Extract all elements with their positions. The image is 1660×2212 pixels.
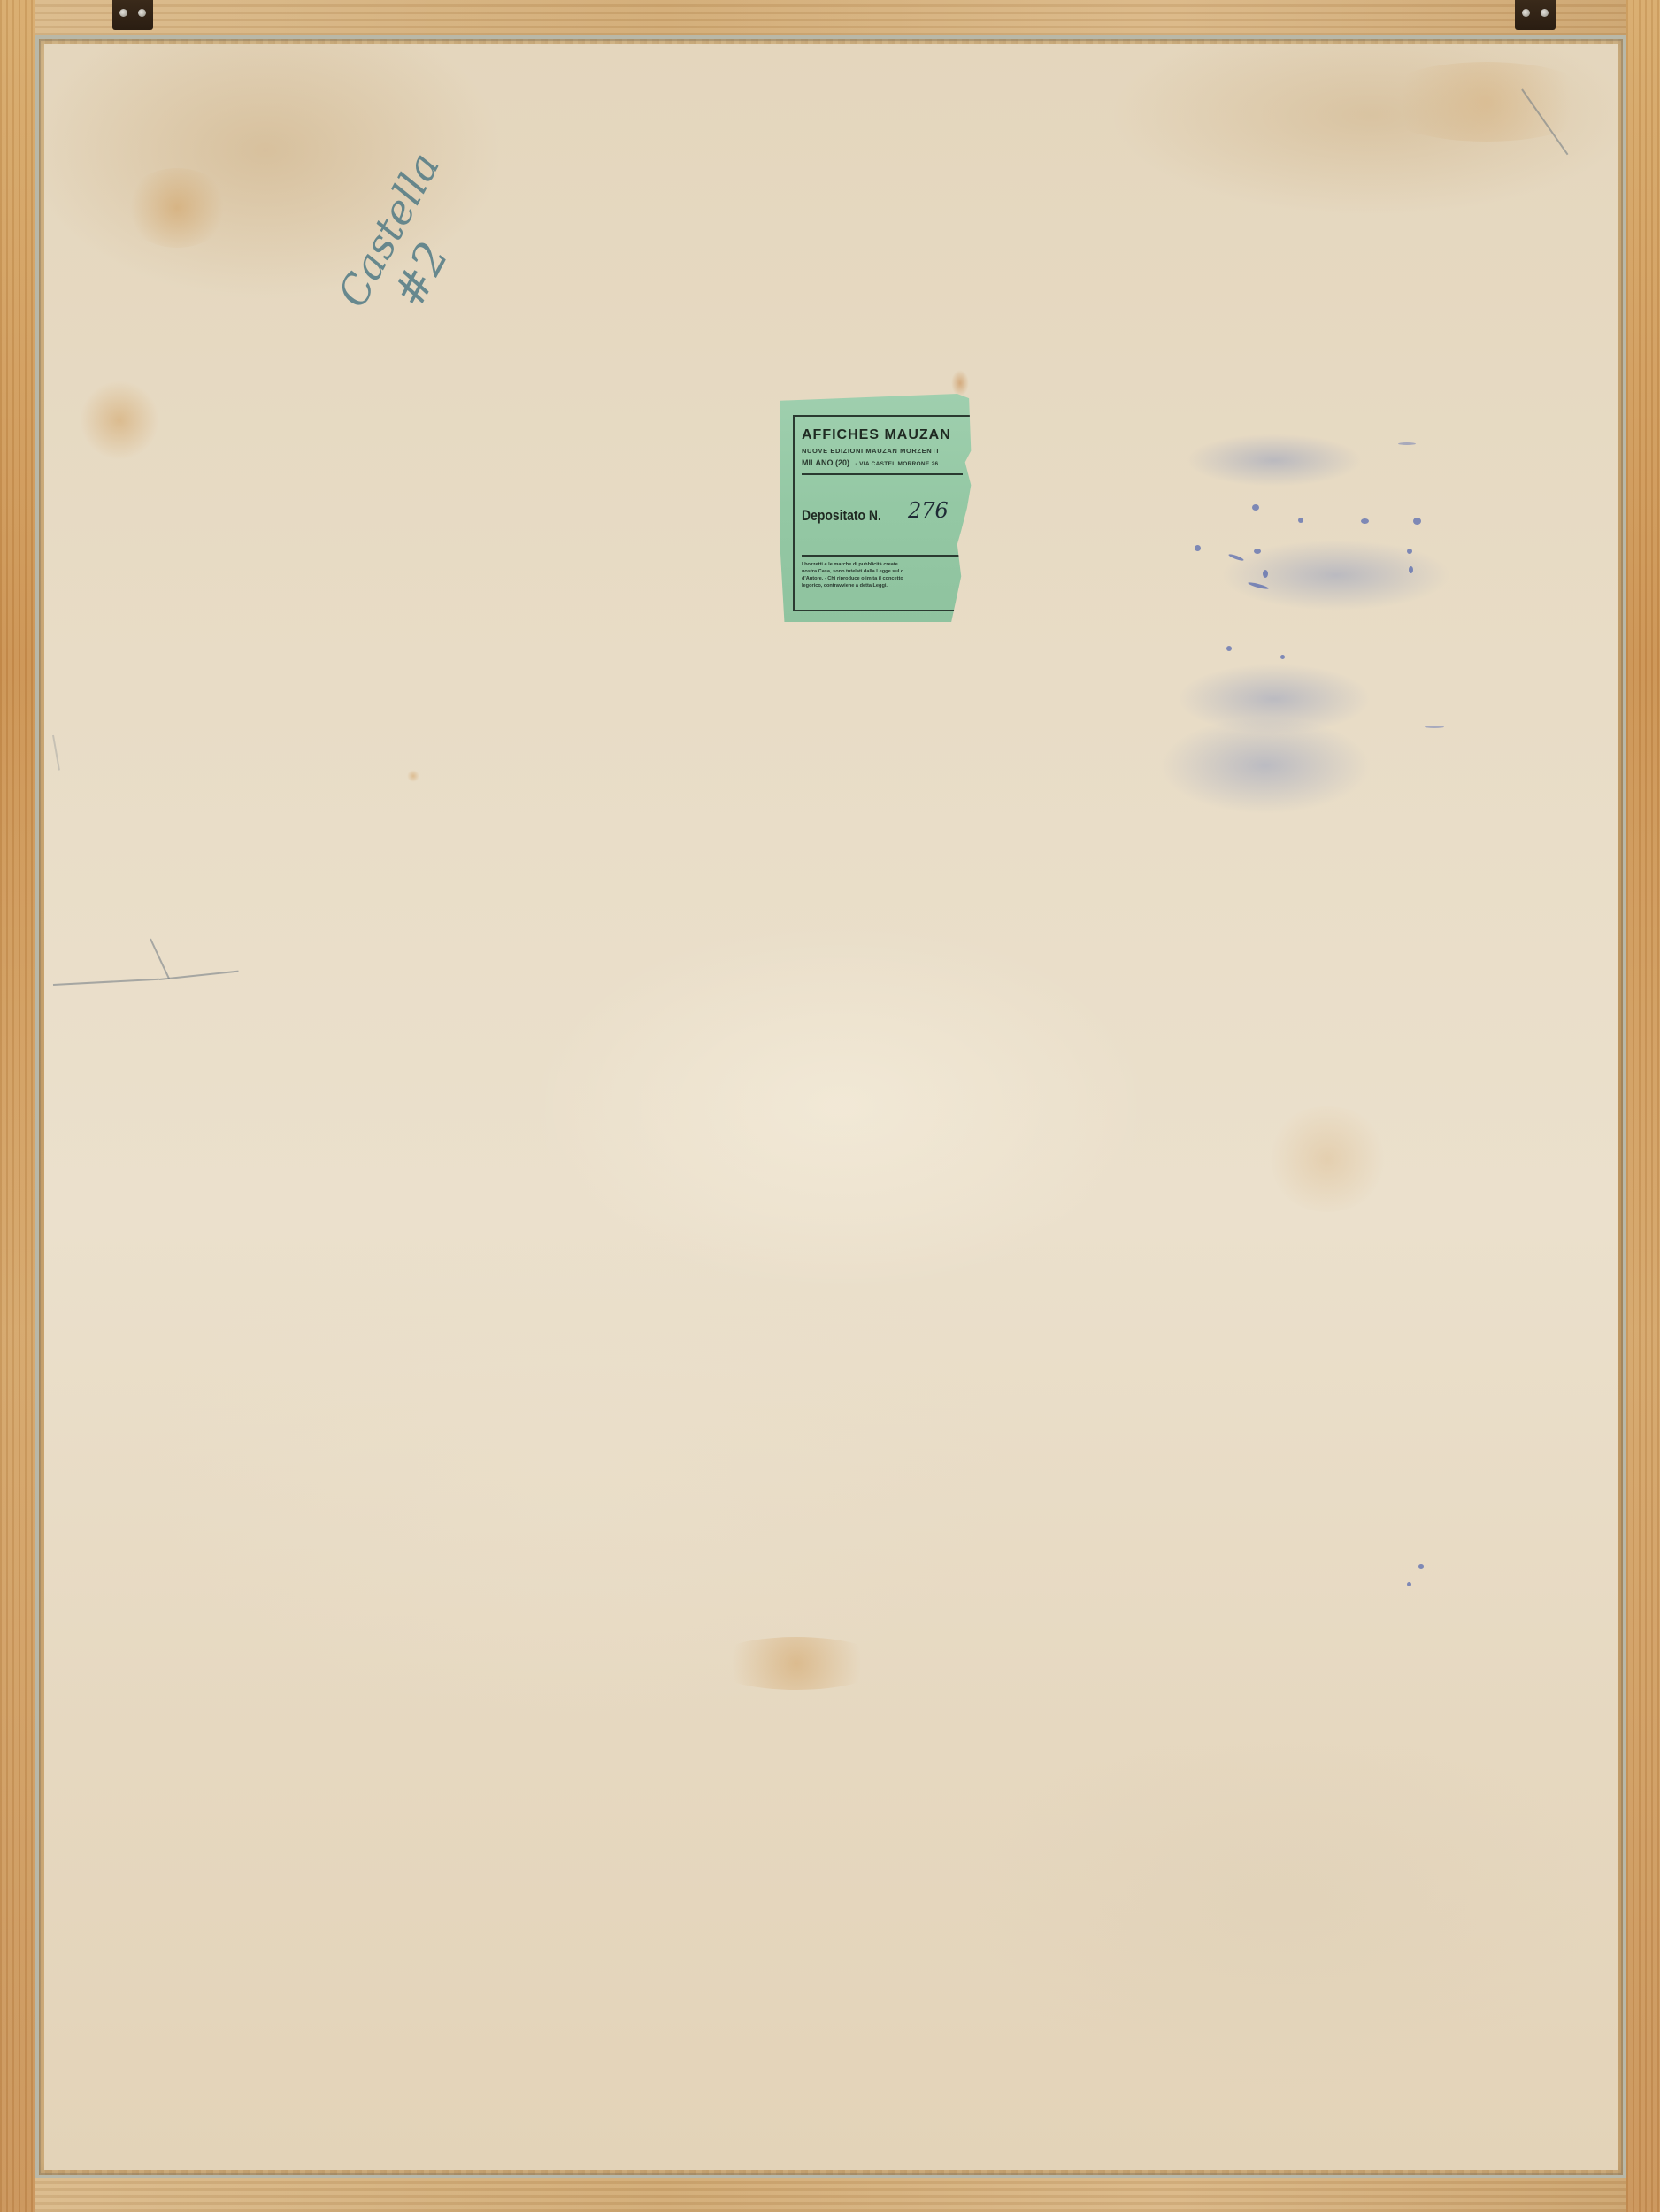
- blue-pigment-stroke: [1425, 726, 1444, 728]
- label-city-address: MILANO (20) - VIA CASTEL MORRONE 26: [802, 458, 938, 467]
- poster-back-paper: [44, 44, 1618, 2170]
- blue-pigment-dot: [1418, 1564, 1424, 1569]
- blue-pigment-dot: [1407, 549, 1412, 554]
- label-fine-print: I bozzetti e le marche di pubblicità cre…: [802, 561, 954, 589]
- foxing-spot: [407, 770, 419, 782]
- blue-pigment-smudge: [1159, 717, 1372, 814]
- blue-pigment-dot: [1254, 549, 1261, 554]
- hanging-clip-left: [112, 0, 153, 30]
- screw-icon: [119, 9, 127, 17]
- blue-pigment-stroke: [1398, 442, 1416, 445]
- blue-pigment-dot: [1409, 566, 1413, 573]
- blue-pigment-dot: [1226, 646, 1232, 651]
- paper-crack: [53, 979, 159, 986]
- label-divider: [802, 555, 963, 557]
- blue-pigment-smudge: [1186, 434, 1363, 487]
- blue-pigment-dot: [1361, 518, 1369, 524]
- foxing-stain: [1372, 62, 1602, 142]
- label-title: AFFICHES MAUZAN: [802, 427, 951, 443]
- label-divider: [802, 473, 963, 475]
- label-border: AFFICHES MAUZAN NUOVE EDIZIONI MAUZAN MO…: [793, 415, 970, 611]
- tape-residue: [951, 370, 969, 396]
- blue-pigment-dot: [1252, 504, 1259, 511]
- screw-icon: [1541, 9, 1549, 17]
- screw-icon: [138, 9, 146, 17]
- deposit-number: 276: [908, 498, 949, 523]
- screw-icon: [1522, 9, 1530, 17]
- label-city: MILANO (20): [802, 458, 849, 467]
- hanging-clip-right: [1515, 0, 1556, 30]
- foxing-stain: [1265, 1106, 1389, 1212]
- frame-right-rail: [1626, 0, 1660, 2212]
- fine-print-line: nostra Casa, sono tutelati dalla Legge s…: [802, 568, 954, 575]
- fine-print-line: legorico, contravviene a detta Leggi.: [802, 582, 954, 589]
- blue-pigment-dot: [1195, 545, 1201, 551]
- blue-pigment-dot: [1407, 1582, 1411, 1586]
- foxing-stain: [124, 168, 230, 248]
- fine-print-line: d'Autore. - Chi riproduce o imita il con…: [802, 575, 954, 582]
- fine-print-line: I bozzetti e le marche di pubblicità cre…: [802, 561, 954, 568]
- publisher-label: AFFICHES MAUZAN NUOVE EDIZIONI MAUZAN MO…: [780, 394, 977, 622]
- frame-top-rail: [0, 0, 1660, 35]
- paper-crack: [150, 939, 170, 979]
- foxing-stain: [80, 380, 159, 460]
- blue-pigment-dot: [1413, 518, 1421, 525]
- paper-crack: [52, 735, 60, 771]
- deposit-label: Depositato N.: [802, 507, 881, 525]
- water-stain: [708, 1637, 885, 1690]
- label-subtitle: NUOVE EDIZIONI MAUZAN MORZENTI: [802, 447, 939, 455]
- blue-pigment-dot: [1280, 655, 1285, 659]
- frame-bottom-rail: [0, 2178, 1660, 2212]
- paper-crack: [159, 971, 239, 980]
- blue-pigment-dot: [1263, 570, 1268, 578]
- frame-left-rail: [0, 0, 35, 2212]
- label-address: - VIA CASTEL MORRONE 26: [856, 461, 939, 467]
- blue-pigment-dot: [1298, 518, 1303, 523]
